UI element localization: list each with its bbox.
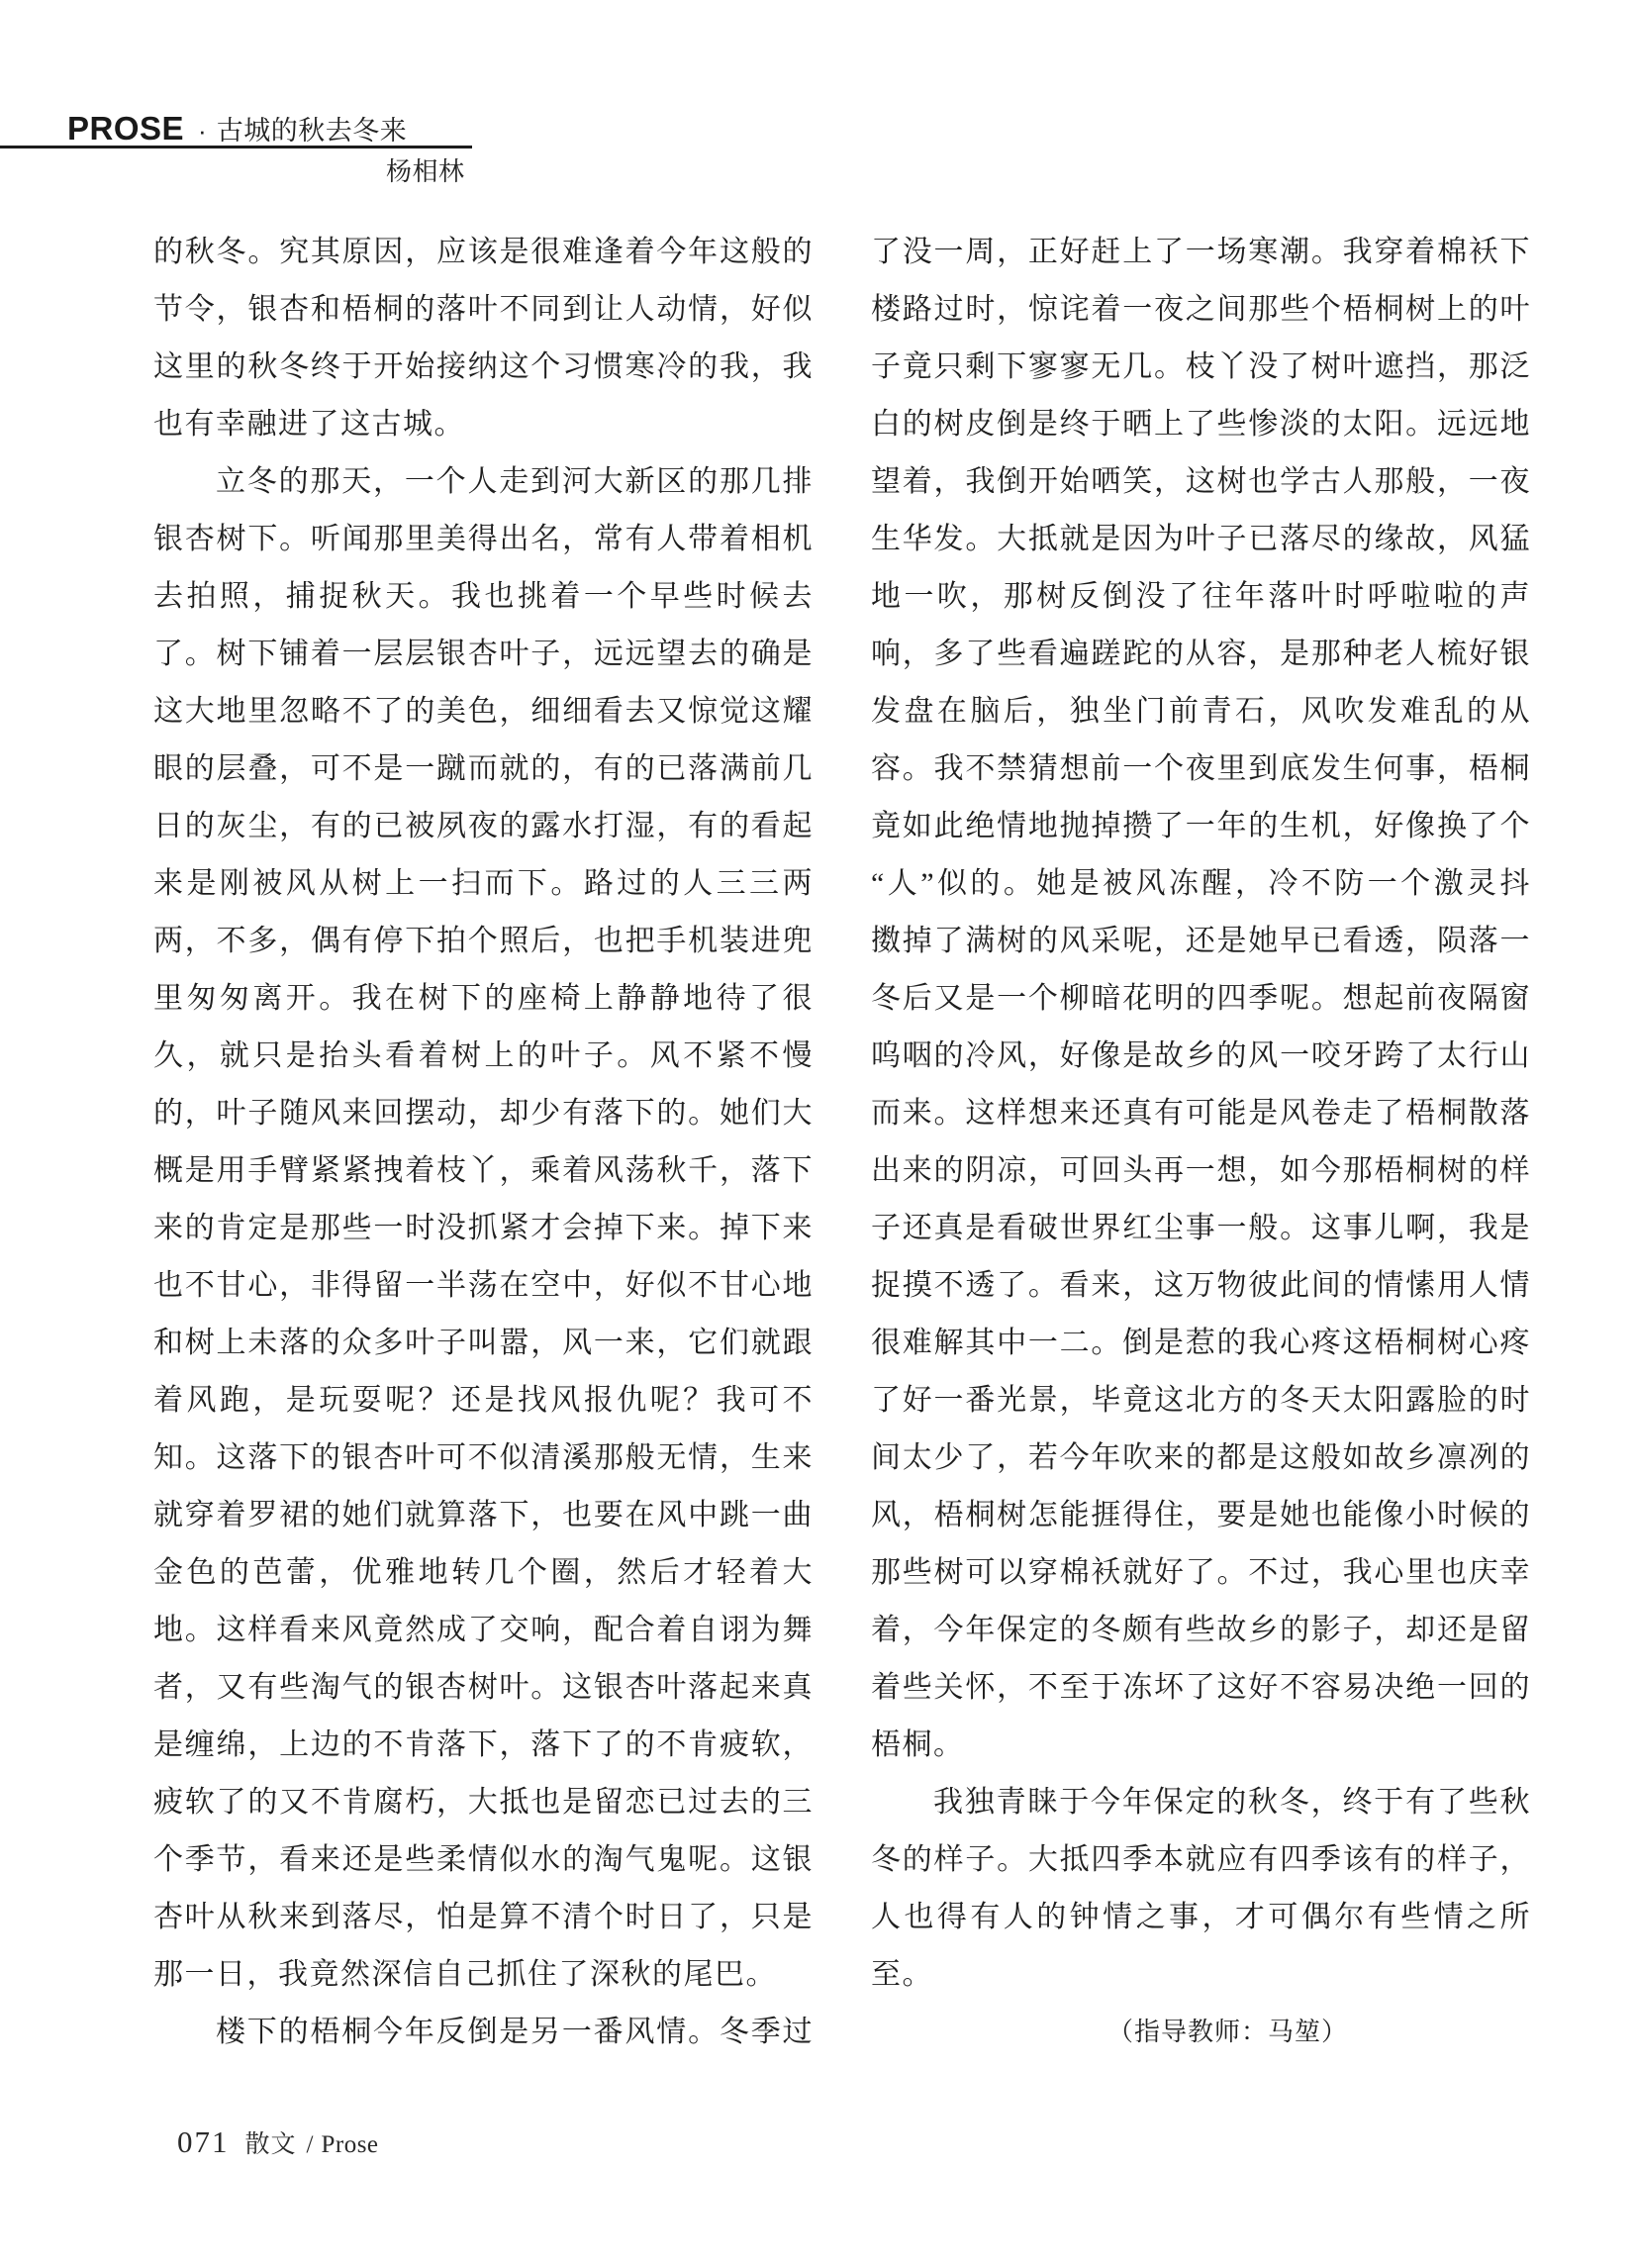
section-name-en: Prose bbox=[321, 2131, 378, 2159]
text-line: 就穿着罗裙的她们就算落下，也要在风中跳一曲 bbox=[153, 1487, 814, 1544]
text-line: 也有幸融进了这古城。 bbox=[153, 396, 814, 453]
text-line: 擞掉了满树的风采呢，还是她早已看透，陨落一 bbox=[871, 913, 1531, 970]
text-line: 发盘在脑后，独坐门前青石，风吹发难乱的从 bbox=[871, 683, 1531, 740]
text-line: 和树上未落的众多叶子叫嚣，风一来，它们就跟 bbox=[153, 1315, 814, 1372]
separator-dot: · bbox=[198, 116, 207, 147]
text-line: 我独青睐于今年保定的秋冬，终于有了些秋 bbox=[871, 1774, 1531, 1831]
text-line: 里匆匆离开。我在树下的座椅上静静地待了很 bbox=[153, 970, 814, 1028]
text-line: 白的树皮倒是终于晒上了些惨淡的太阳。远远地 bbox=[871, 396, 1531, 453]
text-line: 了没一周，正好赶上了一场寒潮。我穿着棉袄下 bbox=[871, 224, 1531, 281]
text-line: 的，叶子随风来回摆动，却少有落下的。她们大 bbox=[153, 1085, 814, 1142]
text-line: 这大地里忽略不了的美色，细细看去又惊觉这耀 bbox=[153, 683, 814, 740]
text-line: 很难解其中一二。倒是惹的我心疼这梧桐树心疼 bbox=[871, 1315, 1531, 1372]
text-line: 子还真是看破世界红尘事一般。这事儿啊，我是 bbox=[871, 1200, 1531, 1257]
text-line: 着些关怀，不至于冻坏了这好不容易决绝一回的 bbox=[871, 1659, 1531, 1717]
text-line: 节令，银杏和梧桐的落叶不同到让人动情，好似 bbox=[153, 281, 814, 339]
text-line: 也不甘心，非得留一半荡在空中，好似不甘心地 bbox=[153, 1257, 814, 1315]
article-title: 古城的秋去冬来 bbox=[217, 109, 408, 148]
text-column-left: 的秋冬。究其原因，应该是很难逢着今年这般的节令，银杏和梧桐的落叶不同到让人动情，… bbox=[153, 224, 814, 2061]
text-line: 概是用手臂紧紧拽着枝丫，乘着风荡秋千，落下 bbox=[153, 1142, 814, 1200]
text-line: 望着，我倒开始哂笑，这树也学古人那般，一夜 bbox=[871, 453, 1531, 511]
text-line: 来是刚被风从树上一扫而下。路过的人三三两 bbox=[153, 855, 814, 913]
credit-line: （指导教师：马堃） bbox=[871, 2004, 1531, 2061]
text-line: 楼下的梧桐今年反倒是另一番风情。冬季过 bbox=[153, 2004, 814, 2061]
text-line: 知。这落下的银杏叶可不似清溪那般无情，生来 bbox=[153, 1430, 814, 1487]
text-line: 这里的秋冬终于开始接纳这个习惯寒冷的我，我 bbox=[153, 339, 814, 396]
text-line: 间太少了，若今年吹来的都是这般如故乡凛冽的 bbox=[871, 1430, 1531, 1487]
text-line: 眼的层叠，可不是一蹴而就的，有的已落满前几 bbox=[153, 740, 814, 798]
text-line: 杏叶从秋来到落尽，怕是算不清个时日了，只是 bbox=[153, 1889, 814, 1946]
text-line: 出来的阴凉，可回头再一想，如今那梧桐树的样 bbox=[871, 1142, 1531, 1200]
header-rule bbox=[0, 146, 472, 148]
text-line: 日的灰尘，有的已被夙夜的露水打湿，有的看起 bbox=[153, 798, 814, 855]
text-line: 金色的芭蕾，优雅地转几个圈，然后才轻着大 bbox=[153, 1544, 814, 1602]
page-header: PROSE · 古城的秋去冬来 bbox=[67, 109, 407, 148]
text-line: 响，多了些看遍蹉跎的从容，是那种老人梳好银 bbox=[871, 626, 1531, 683]
text-line: 来的肯定是那些一时没抓紧才会掉下来。掉下来 bbox=[153, 1200, 814, 1257]
text-line: 梧桐。 bbox=[871, 1717, 1531, 1774]
text-line: 而来。这样想来还真有可能是风卷走了梧桐散落 bbox=[871, 1085, 1531, 1142]
text-line: 地一吹，那树反倒没了往年落叶时呼啦啦的声 bbox=[871, 568, 1531, 626]
text-line: 疲软了的又不肯腐朽，大抵也是留恋已过去的三 bbox=[153, 1774, 814, 1831]
text-line: 了好一番光景，毕竟这北方的冬天太阳露脸的时 bbox=[871, 1372, 1531, 1430]
author-name: 杨相林 bbox=[386, 151, 465, 188]
text-line: 了。树下铺着一层层银杏叶子，远远望去的确是 bbox=[153, 626, 814, 683]
text-line: 去拍照，捕捉秋天。我也挑着一个早些时候去 bbox=[153, 568, 814, 626]
text-line: 楼路过时，惊诧着一夜之间那些个梧桐树上的叶 bbox=[871, 281, 1531, 339]
text-line: 个季节，看来还是些柔情似水的淘气鬼呢。这银 bbox=[153, 1831, 814, 1889]
section-name-cn: 散文 bbox=[245, 2124, 297, 2160]
text-line: 冬后又是一个柳暗花明的四季呢。想起前夜隔窗 bbox=[871, 970, 1531, 1028]
text-line: 者，又有些淘气的银杏树叶。这银杏叶落起来真 bbox=[153, 1659, 814, 1717]
text-line: 呜咽的冷风，好像是故乡的风一咬牙跨了太行山 bbox=[871, 1028, 1531, 1085]
text-line: 着，今年保定的冬颇有些故乡的影子，却还是留 bbox=[871, 1602, 1531, 1659]
text-line: 地。这样看来风竟然成了交响，配合着自诩为舞 bbox=[153, 1602, 814, 1659]
text-line: 冬的样子。大抵四季本就应有四季该有的样子， bbox=[871, 1831, 1531, 1889]
section-label: PROSE bbox=[67, 110, 184, 148]
text-line: 生华发。大抵就是因为叶子已落尽的缘故，风猛 bbox=[871, 511, 1531, 568]
text-line: 子竟只剩下寥寥无几。枝丫没了树叶遮挡，那泛 bbox=[871, 339, 1531, 396]
text-line: 两，不多，偶有停下拍个照后，也把手机装进兜 bbox=[153, 913, 814, 970]
footer-separator: / bbox=[307, 2131, 314, 2159]
text-line: 至。 bbox=[871, 1946, 1531, 2004]
text-line: 着风跑，是玩耍呢？还是找风报仇呢？我可不 bbox=[153, 1372, 814, 1430]
text-line: 人也得有人的钟情之事，才可偶尔有些情之所 bbox=[871, 1889, 1531, 1946]
page-footer: 071 散文 / Prose bbox=[177, 2124, 379, 2160]
page-number: 071 bbox=[177, 2124, 230, 2160]
text-line: 是缠绵，上边的不肯落下，落下了的不肯疲软， bbox=[153, 1717, 814, 1774]
text-line: 容。我不禁猜想前一个夜里到底发生何事，梧桐 bbox=[871, 740, 1531, 798]
text-line: 捉摸不透了。看来，这万物彼此间的情愫用人情 bbox=[871, 1257, 1531, 1315]
text-line: 银杏树下。听闻那里美得出名，常有人带着相机 bbox=[153, 511, 814, 568]
text-line: 那些树可以穿棉袄就好了。不过，我心里也庆幸 bbox=[871, 1544, 1531, 1602]
text-line: 久，就只是抬头看着树上的叶子。风不紧不慢 bbox=[153, 1028, 814, 1085]
text-line: “人”似的。她是被风冻醒，冷不防一个激灵抖 bbox=[871, 855, 1531, 913]
text-line: 立冬的那天，一个人走到河大新区的那几排 bbox=[153, 453, 814, 511]
magazine-page: { "page": { "background": "#ffffff", "te… bbox=[0, 0, 1634, 2268]
text-line: 风，梧桐树怎能捱得住，要是她也能像小时候的 bbox=[871, 1487, 1531, 1544]
text-column-right: 了没一周，正好赶上了一场寒潮。我穿着棉袄下楼路过时，惊诧着一夜之间那些个梧桐树上… bbox=[871, 224, 1531, 2061]
text-line: 竟如此绝情地抛掉攒了一年的生机，好像换了个 bbox=[871, 798, 1531, 855]
text-line: 的秋冬。究其原因，应该是很难逢着今年这般的 bbox=[153, 224, 814, 281]
text-line: 那一日，我竟然深信自己抓住了深秋的尾巴。 bbox=[153, 1946, 814, 2004]
